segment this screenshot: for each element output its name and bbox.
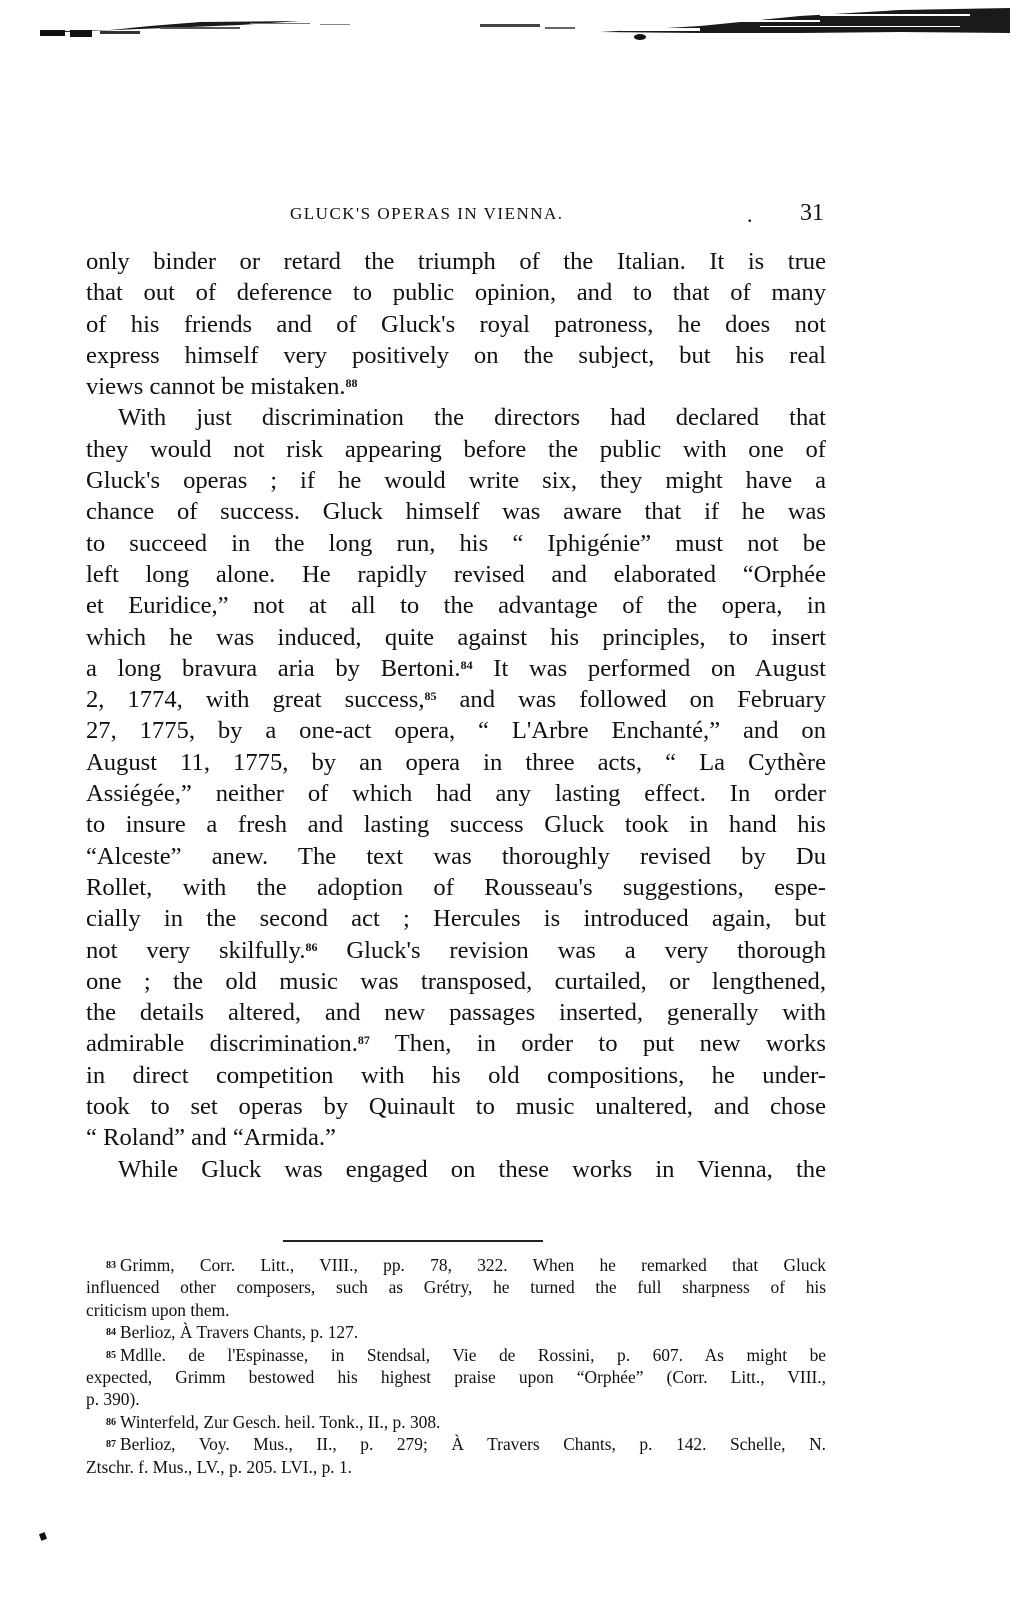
running-head: Gluck's Operas in Vienna. . 31 bbox=[290, 200, 830, 230]
running-head-title: Gluck's Operas in Vienna. bbox=[290, 204, 564, 224]
body-line: August 11, 1775, by an opera in three ac… bbox=[86, 747, 826, 778]
body-line-text: views cannot be mistaken. bbox=[86, 373, 346, 400]
body-line: admirable discrimination.87 Then, in ord… bbox=[86, 1028, 826, 1059]
body-line: 27, 1775, by a one-act opera, “ L'Arbre … bbox=[86, 715, 826, 746]
body-line: express himself very positively on the s… bbox=[86, 340, 826, 371]
footnote-text: Berlioz, À Travers Chants, p. 127. bbox=[120, 1322, 358, 1342]
scan-speck bbox=[39, 1532, 47, 1541]
body-line: views cannot be mistaken.88 bbox=[86, 371, 826, 402]
footnote-line: expected, Grimm bestowed his highest pra… bbox=[86, 1366, 826, 1388]
body-line: took to set operas by Quinault to music … bbox=[86, 1091, 826, 1122]
body-line: of his friends and of Gluck's royal patr… bbox=[86, 309, 826, 340]
footnote-ref-84[interactable]: 84 bbox=[461, 658, 473, 672]
page-number: 31 bbox=[800, 200, 824, 227]
footnote-ref-86[interactable]: 86 bbox=[306, 940, 318, 954]
body-line: While Gluck was engaged on these works i… bbox=[86, 1154, 826, 1185]
footnote-mark: 85 bbox=[106, 1350, 116, 1361]
footnote-86: 86Winterfeld, Zur Gesch. heil. Tonk., II… bbox=[86, 1411, 826, 1433]
footnote-mark: 86 bbox=[106, 1417, 116, 1428]
body-line: the details altered, and new passages in… bbox=[86, 997, 826, 1028]
footnote-mark: 84 bbox=[106, 1327, 116, 1338]
body-line: chance of success. Gluck himself was awa… bbox=[86, 496, 826, 527]
body-line: one ; the old music was transposed, curt… bbox=[86, 966, 826, 997]
footnote-text: Grimm, Corr. Litt., VIII., pp. 78, 322. … bbox=[120, 1255, 826, 1275]
body-line: which he was induced, quite against his … bbox=[86, 622, 826, 653]
footnotes: 83Grimm, Corr. Litt., VIII., pp. 78, 322… bbox=[86, 1254, 826, 1478]
body-line: to succeed in the long run, his “ Iphigé… bbox=[86, 528, 826, 559]
body-line: they would not risk appearing before the… bbox=[86, 434, 826, 465]
footnote-line: p. 390). bbox=[86, 1388, 826, 1410]
body-line: “ Roland” and “Armida.” bbox=[86, 1122, 826, 1153]
footnote-line: criticism upon them. bbox=[86, 1299, 826, 1321]
running-head-separator: . bbox=[747, 202, 753, 228]
body-line-text: and was followed on February bbox=[437, 686, 827, 713]
footnote-84: 84Berlioz, À Travers Chants, p. 127. bbox=[86, 1321, 826, 1343]
body-line: “Alceste” anew. The text was thoroughly … bbox=[86, 841, 826, 872]
body-line: to insure a fresh and lasting success Gl… bbox=[86, 809, 826, 840]
body-text: only binder or retard the triumph of the… bbox=[86, 246, 826, 1185]
body-line-text: 2, 1774, with great success, bbox=[86, 686, 425, 713]
footnote-87: 87Berlioz, Voy. Mus., II., p. 279; À Tra… bbox=[86, 1433, 826, 1455]
footnote-85: 85Mdlle. de l'Espinasse, in Stendsal, Vi… bbox=[86, 1344, 826, 1366]
footnote-divider bbox=[283, 1240, 543, 1242]
footnote-line: influenced other composers, such as Grét… bbox=[86, 1276, 826, 1298]
body-line: cially in the second act ; Hercules is i… bbox=[86, 903, 826, 934]
scan-artifact-top bbox=[0, 0, 1034, 40]
footnote-text: Winterfeld, Zur Gesch. heil. Tonk., II.,… bbox=[120, 1412, 440, 1432]
body-line: 2, 1774, with great success,85 and was f… bbox=[86, 684, 826, 715]
footnote-text: Mdlle. de l'Espinasse, in Stendsal, Vie … bbox=[120, 1345, 826, 1365]
body-line: only binder or retard the triumph of the… bbox=[86, 246, 826, 277]
footnote-mark: 83 bbox=[106, 1260, 116, 1271]
body-line: With just discrimination the directors h… bbox=[86, 402, 826, 433]
body-line-text: It was performed on August bbox=[473, 655, 826, 682]
footnote-ref-85[interactable]: 85 bbox=[425, 689, 437, 703]
footnote-ref-87[interactable]: 87 bbox=[358, 1033, 370, 1047]
body-line-text: not very skilfully. bbox=[86, 937, 306, 964]
body-line: that out of deference to public opinion,… bbox=[86, 277, 826, 308]
body-line: Rollet, with the adoption of Rousseau's … bbox=[86, 872, 826, 903]
body-line: Assiégée,” neither of which had any last… bbox=[86, 778, 826, 809]
body-line: et Euridice,” not at all to the advantag… bbox=[86, 590, 826, 621]
body-line: in direct competition with his old compo… bbox=[86, 1060, 826, 1091]
footnote-ref-88[interactable]: 88 bbox=[346, 376, 358, 390]
footnote-83: 83Grimm, Corr. Litt., VIII., pp. 78, 322… bbox=[86, 1254, 826, 1276]
body-line-text: Then, in order to put new works bbox=[370, 1030, 826, 1057]
body-line: not very skilfully.86 Gluck's revision w… bbox=[86, 935, 826, 966]
body-line-text: Gluck's revision was a very thorough bbox=[318, 937, 827, 964]
footnote-mark: 87 bbox=[106, 1439, 116, 1450]
body-line: a long bravura aria by Bertoni.84 It was… bbox=[86, 653, 826, 684]
body-line-text: a long bravura aria by Bertoni. bbox=[86, 655, 461, 682]
body-line: Gluck's operas ; if he would write six, … bbox=[86, 465, 826, 496]
body-line: left long alone. He rapidly revised and … bbox=[86, 559, 826, 590]
footnote-text: Berlioz, Voy. Mus., II., p. 279; À Trave… bbox=[120, 1434, 826, 1454]
body-line-text: admirable discrimination. bbox=[86, 1030, 358, 1057]
footnote-line: Ztschr. f. Mus., LV., p. 205. LVI., p. 1… bbox=[86, 1456, 826, 1478]
